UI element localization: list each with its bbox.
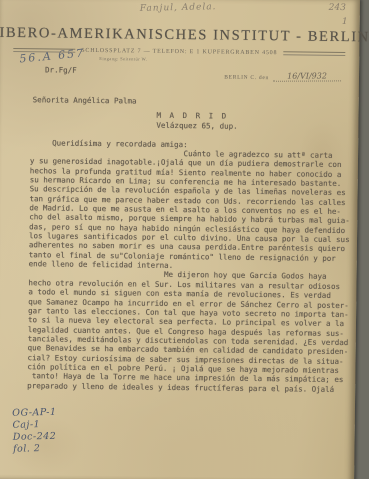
text-line: Caj-1 xyxy=(12,419,57,432)
recipient-name: Señorita Angélica Palma xyxy=(33,95,137,105)
letterhead-small-print: Eingang: Seitentür W. xyxy=(99,56,147,62)
text-line: fol. 2 xyxy=(13,443,58,456)
recipient-city: M A D R I D xyxy=(156,111,228,121)
secondary-number-annotation: 1 xyxy=(342,17,348,27)
date-row: BERLIN C. den 16/VI/932 xyxy=(224,71,341,82)
letterhead-rule-right xyxy=(283,51,345,56)
archival-catalog-annotation: OG-AP-1Caj-1Doc-242fol. 2 xyxy=(12,407,57,456)
recipient-street: Velázquez 65, dup. xyxy=(156,121,237,131)
letterhead-address: SCHLOSSPLATZ 7 — TELEFON: E 1 KUPFERGRAB… xyxy=(81,48,277,56)
letter-body: Cuánto le agradezco su attª cartay su ge… xyxy=(27,147,354,394)
place-date-label: BERLIN C. den xyxy=(224,75,269,82)
letter-paper: Fanjul, Adela. 243 1 IBERO-AMERIKANISCHE… xyxy=(0,0,360,479)
text-line: Doc-242 xyxy=(13,431,58,444)
archival-name-annotation: Fanjul, Adela. xyxy=(140,2,217,14)
typed-reference: Dr.Fg/F xyxy=(45,65,77,74)
page-number-annotation: 243 xyxy=(329,3,346,13)
handwritten-date: 16/VI/932 xyxy=(273,71,341,81)
letterhead-title: IBERO-AMERIKANISCHES INSTITUT - BERLIN xyxy=(0,25,360,46)
scanned-letter-page: { "colors": { "paper": "#d2c199", "typew… xyxy=(0,0,369,479)
text-line: OG-AP-1 xyxy=(12,407,57,420)
